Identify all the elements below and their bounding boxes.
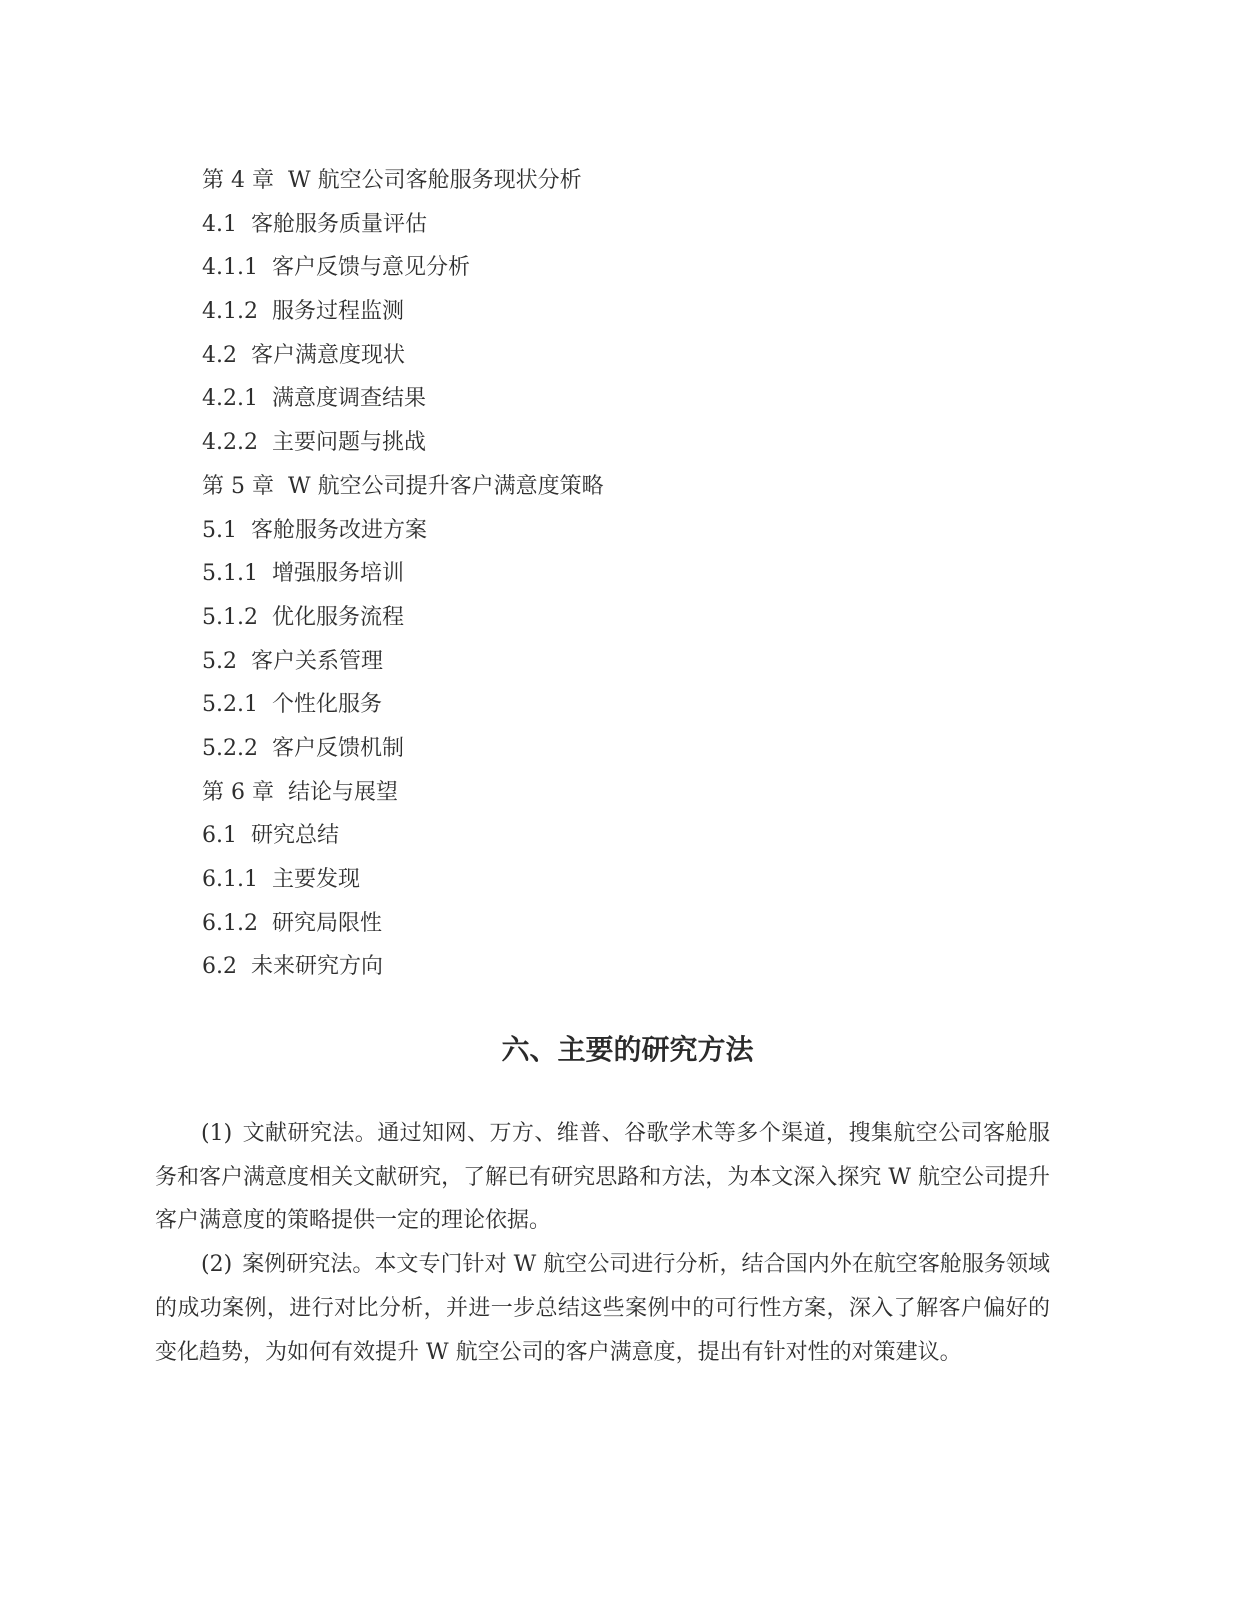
toc-title: 客舱服务质量评估 <box>251 212 427 237</box>
toc-number: 5.1.1 <box>202 556 258 592</box>
toc-title: 客户反馈机制 <box>272 736 404 761</box>
toc-entry: 第 6 章结论与展望 <box>202 775 604 819</box>
toc-entry: 5.2.2客户反馈机制 <box>202 731 604 775</box>
toc-entry: 4.1.1客户反馈与意见分析 <box>202 250 604 294</box>
section-heading: 六、主要的研究方法 <box>0 1028 1255 1072</box>
toc-number: 4.1.2 <box>202 294 258 330</box>
toc-title: 主要问题与挑战 <box>272 430 426 455</box>
toc-title: 客户满意度现状 <box>251 343 405 368</box>
paragraph-marker: (2) <box>201 1252 232 1277</box>
toc-entry: 4.2.1满意度调查结果 <box>202 381 604 425</box>
toc-title: 客舱服务改进方案 <box>251 518 427 543</box>
toc-entry: 4.2客户满意度现状 <box>202 338 604 382</box>
toc-number: 4.2 <box>202 338 237 374</box>
toc-number: 6.2 <box>202 949 237 985</box>
toc-title: 主要发现 <box>272 867 360 892</box>
toc-entry: 5.2.1个性化服务 <box>202 687 604 731</box>
toc-entry: 第 4 章W 航空公司客舱服务现状分析 <box>202 163 604 207</box>
method-paragraph: (2)案例研究法。本文专门针对 W 航空公司进行分析，结合国内外在航空客舱服务领… <box>155 1243 1050 1374</box>
toc-number: 4.2.1 <box>202 381 258 417</box>
toc-title: W 航空公司提升客户满意度策略 <box>288 474 604 499</box>
toc-entry: 4.1.2服务过程监测 <box>202 294 604 338</box>
toc-entry: 第 5 章W 航空公司提升客户满意度策略 <box>202 469 604 513</box>
toc-number: 5.1 <box>202 513 237 549</box>
toc-title: 研究局限性 <box>272 911 382 936</box>
toc-number: 5.1.2 <box>202 600 258 636</box>
toc-entry: 5.2客户关系管理 <box>202 644 604 688</box>
toc-entry: 5.1.1增强服务培训 <box>202 556 604 600</box>
toc-entry: 5.1.2优化服务流程 <box>202 600 604 644</box>
toc-number: 4.1.1 <box>202 250 258 286</box>
toc-number: 第 5 章 <box>202 469 274 505</box>
toc-number: 第 6 章 <box>202 775 274 811</box>
toc-number: 4.2.2 <box>202 425 258 461</box>
table-of-contents: 第 4 章W 航空公司客舱服务现状分析 4.1客舱服务质量评估 4.1.1客户反… <box>202 163 604 993</box>
toc-title: 客户关系管理 <box>251 649 383 674</box>
toc-entry: 5.1客舱服务改进方案 <box>202 513 604 557</box>
toc-number: 4.1 <box>202 207 237 243</box>
toc-entry: 6.1.1主要发现 <box>202 862 604 906</box>
document-page: 第 4 章W 航空公司客舱服务现状分析 4.1客舱服务质量评估 4.1.1客户反… <box>0 0 1255 1614</box>
section-body: (1)文献研究法。通过知网、万方、维普、谷歌学术等多个渠道，搜集航空公司客舱服务… <box>155 1112 1050 1374</box>
toc-title: 结论与展望 <box>288 780 398 805</box>
toc-number: 6.1.1 <box>202 862 258 898</box>
toc-entry: 4.2.2主要问题与挑战 <box>202 425 604 469</box>
toc-title: W 航空公司客舱服务现状分析 <box>288 168 582 193</box>
toc-title: 满意度调查结果 <box>272 386 426 411</box>
toc-title: 客户反馈与意见分析 <box>272 255 470 280</box>
toc-title: 研究总结 <box>251 823 339 848</box>
toc-entry: 6.1.2研究局限性 <box>202 906 604 950</box>
toc-title: 未来研究方向 <box>251 954 383 979</box>
paragraph-text: 文献研究法。通过知网、万方、维普、谷歌学术等多个渠道，搜集航空公司客舱服务和客户… <box>155 1121 1050 1233</box>
toc-title: 个性化服务 <box>272 692 382 717</box>
toc-number: 5.2.1 <box>202 687 258 723</box>
method-paragraph: (1)文献研究法。通过知网、万方、维普、谷歌学术等多个渠道，搜集航空公司客舱服务… <box>155 1112 1050 1243</box>
toc-entry: 6.1研究总结 <box>202 818 604 862</box>
paragraph-text: 案例研究法。本文专门针对 W 航空公司进行分析，结合国内外在航空客舱服务领域的成… <box>155 1252 1050 1364</box>
toc-title: 增强服务培训 <box>272 561 404 586</box>
toc-title: 服务过程监测 <box>272 299 404 324</box>
toc-entry: 6.2未来研究方向 <box>202 949 604 993</box>
toc-entry: 4.1客舱服务质量评估 <box>202 207 604 251</box>
paragraph-marker: (1) <box>201 1121 232 1146</box>
toc-number: 6.1 <box>202 818 237 854</box>
toc-number: 6.1.2 <box>202 906 258 942</box>
toc-number: 5.2 <box>202 644 237 680</box>
toc-title: 优化服务流程 <box>272 605 404 630</box>
toc-number: 5.2.2 <box>202 731 258 767</box>
toc-number: 第 4 章 <box>202 163 274 199</box>
